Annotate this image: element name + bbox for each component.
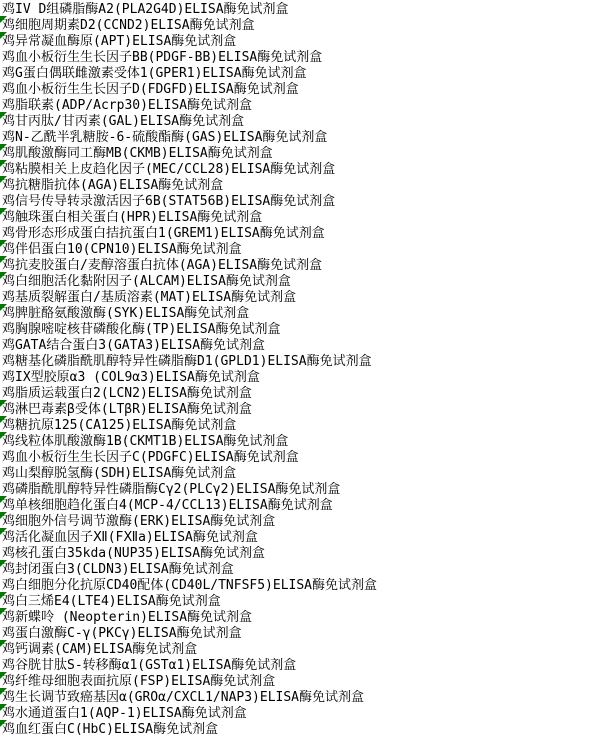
kit-name-text: 鸡抗麦胶蛋白/麦醇溶蛋白抗体(AGA)ELISA酶免试剂盒 bbox=[0, 258, 322, 272]
kit-name-text: 鸡胸腺嘧啶核苷磷酸化酶(TP)ELISA酶免试剂盒 bbox=[0, 322, 280, 336]
kit-name-text: 鸡伴侣蛋白10(CPN10)ELISA酶免试剂盒 bbox=[0, 242, 242, 256]
list-item[interactable]: 鸡脂质运载蛋白2(LCN2)ELISA酶免试剂盒 bbox=[0, 384, 592, 400]
kit-name-text: 鸡肌酸激酶同工酶MB(CKMB)ELISA酶免试剂盒 bbox=[0, 146, 273, 160]
kit-name-text: 鸡IX型胶原α3 (COL9α3)ELISA酶免试剂盒 bbox=[0, 370, 260, 384]
list-item[interactable]: 鸡胸腺嘧啶核苷磷酸化酶(TP)ELISA酶免试剂盒 bbox=[0, 320, 592, 336]
list-item[interactable]: 鸡触珠蛋白相关蛋白(HPR)ELISA酶免试剂盒 bbox=[0, 208, 592, 224]
kit-name-text: 鸡血小板衍生生长因子C(PDGFC)ELISA酶免试剂盒 bbox=[0, 450, 299, 464]
kit-name-text: 鸡细胞周期素D2(CCND2)ELISA酶免试剂盒 bbox=[0, 18, 255, 32]
list-item[interactable]: 鸡单核细胞趋化蛋白4(MCP-4/CCL13)ELISA酶免试剂盒 bbox=[0, 496, 592, 512]
kit-name-text: 鸡脾脏酪氨酸激酶(SYK)ELISA酶免试剂盒 bbox=[0, 306, 249, 320]
list-item[interactable]: 鸡山梨醇脱氢酶(SDH)ELISA酶免试剂盒 bbox=[0, 464, 592, 480]
kit-name-text: 鸡IV D组磷脂酶A2(PLA2G4D)ELISA酶免试剂盒 bbox=[0, 2, 289, 16]
list-item[interactable]: 鸡血小板衍生生长因子BB(PDGF-BB)ELISA酶免试剂盒 bbox=[0, 48, 592, 64]
list-item[interactable]: 鸡纤维母细胞表面抗原(FSP)ELISA酶免试剂盒 bbox=[0, 672, 592, 688]
list-item[interactable]: 鸡G蛋白偶联雌激素受体1(GPER1)ELISA酶免试剂盒 bbox=[0, 64, 592, 80]
kit-name-text: 鸡核孔蛋白35kda(NUP35)ELISA酶免试剂盒 bbox=[0, 546, 265, 560]
list-item[interactable]: 鸡磷脂酰肌醇特异性磷脂酶Cγ2(PLCγ2)ELISA酶免试剂盒 bbox=[0, 480, 592, 496]
list-item[interactable]: 鸡细胞周期素D2(CCND2)ELISA酶免试剂盒 bbox=[0, 16, 592, 32]
kit-name-text: 鸡细胞外信号调节激酶(ERK)ELISA酶免试剂盒 bbox=[0, 514, 275, 528]
list-item[interactable]: 鸡钙调素(CAM)ELISA酶免试剂盒 bbox=[0, 640, 592, 656]
list-item[interactable]: 鸡生长调节致癌基因α(GROα/CXCL1/NAP3)ELISA酶免试剂盒 bbox=[0, 688, 592, 704]
list-item[interactable]: 鸡白细胞分化抗原CD40配体(CD40L/TNFSF5)ELISA酶免试剂盒 bbox=[0, 576, 592, 592]
kit-name-text: 鸡生长调节致癌基因α(GROα/CXCL1/NAP3)ELISA酶免试剂盒 bbox=[0, 690, 364, 704]
kit-name-text: 鸡活化凝血因子Ⅻ(FⅫa)ELISA酶免试剂盒 bbox=[0, 530, 258, 544]
kit-name-text: 鸡新蝶呤 (Neopterin)ELISA酶免试剂盒 bbox=[0, 610, 252, 624]
kit-name-text: 鸡谷胱甘肽S-转移酶α1(GSTα1)ELISA酶免试剂盒 bbox=[0, 658, 296, 672]
kit-name-text: 鸡单核细胞趋化蛋白4(MCP-4/CCL13)ELISA酶免试剂盒 bbox=[0, 498, 333, 512]
list-item[interactable]: 鸡抗麦胶蛋白/麦醇溶蛋白抗体(AGA)ELISA酶免试剂盒 bbox=[0, 256, 592, 272]
kit-name-text: 鸡脂联素(ADP/Acrp30)ELISA酶免试剂盒 bbox=[0, 98, 252, 112]
kit-name-text: 鸡脂质运载蛋白2(LCN2)ELISA酶免试剂盒 bbox=[0, 386, 252, 400]
kit-name-text: 鸡糖基化磷脂酰肌醇特异性磷脂酶D1(GPLD1)ELISA酶免试剂盒 bbox=[0, 354, 372, 368]
list-item[interactable]: 鸡脂联素(ADP/Acrp30)ELISA酶免试剂盒 bbox=[0, 96, 592, 112]
list-item[interactable]: 鸡糖抗原125(CA125)ELISA酶免试剂盒 bbox=[0, 416, 592, 432]
list-item[interactable]: 鸡血红蛋白C(HbC)ELISA酶免试剂盒 bbox=[0, 720, 592, 736]
kit-name-text: 鸡淋巴毒素β受体(LTβR)ELISA酶免试剂盒 bbox=[0, 402, 252, 416]
list-item[interactable]: 鸡信号传导转录激活因子6B(STAT56B)ELISA酶免试剂盒 bbox=[0, 192, 592, 208]
list-item[interactable]: 鸡肌酸激酶同工酶MB(CKMB)ELISA酶免试剂盒 bbox=[0, 144, 592, 160]
list-item[interactable]: 鸡异常凝血酶原(APT)ELISA酶免试剂盒 bbox=[0, 32, 592, 48]
list-item[interactable]: 鸡GATA结合蛋白3(GATA3)ELISA酶免试剂盒 bbox=[0, 336, 592, 352]
list-item[interactable]: 鸡粘膜相关上皮趋化因子(MEC/CCL28)ELISA酶免试剂盒 bbox=[0, 160, 592, 176]
list-item[interactable]: 鸡淋巴毒素β受体(LTβR)ELISA酶免试剂盒 bbox=[0, 400, 592, 416]
kit-name-text: 鸡糖抗原125(CA125)ELISA酶免试剂盒 bbox=[0, 418, 236, 432]
list-item[interactable]: 鸡IV D组磷脂酶A2(PLA2G4D)ELISA酶免试剂盒 bbox=[0, 0, 592, 16]
kit-name-text: 鸡白三烯E4(LTE4)ELISA酶免试剂盒 bbox=[0, 594, 221, 608]
list-item[interactable]: 鸡线粒体肌酸激酶1B(CKMT1B)ELISA酶免试剂盒 bbox=[0, 432, 592, 448]
kit-name-text: 鸡异常凝血酶原(APT)ELISA酶免试剂盒 bbox=[0, 34, 236, 48]
list-item[interactable]: 鸡谷胱甘肽S-转移酶α1(GSTα1)ELISA酶免试剂盒 bbox=[0, 656, 592, 672]
kit-name-text: 鸡信号传导转录激活因子6B(STAT56B)ELISA酶免试剂盒 bbox=[0, 194, 335, 208]
list-item[interactable]: 鸡活化凝血因子Ⅻ(FⅫa)ELISA酶免试剂盒 bbox=[0, 528, 592, 544]
kit-name-text: 鸡白细胞分化抗原CD40配体(CD40L/TNFSF5)ELISA酶免试剂盒 bbox=[0, 578, 377, 592]
kit-name-text: 鸡白细胞活化黏附因子(ALCAM)ELISA酶免试剂盒 bbox=[0, 274, 291, 288]
list-item[interactable]: 鸡脾脏酪氨酸激酶(SYK)ELISA酶免试剂盒 bbox=[0, 304, 592, 320]
kit-name-text: 鸡GATA结合蛋白3(GATA3)ELISA酶免试剂盒 bbox=[0, 338, 265, 352]
list-item[interactable]: 鸡水通道蛋白1(AQP-1)ELISA酶免试剂盒 bbox=[0, 704, 592, 720]
kit-name-text: 鸡纤维母细胞表面抗原(FSP)ELISA酶免试剂盒 bbox=[0, 674, 275, 688]
list-item[interactable]: 鸡白细胞活化黏附因子(ALCAM)ELISA酶免试剂盒 bbox=[0, 272, 592, 288]
kit-name-text: 鸡N-乙酰半乳糖胺-6-硫酸酯酶(GAS)ELISA酶免试剂盒 bbox=[0, 130, 327, 144]
list-item[interactable]: 鸡血小板衍生生长因子D(FDGFD)ELISA酶免试剂盒 bbox=[0, 80, 592, 96]
list-item[interactable]: 鸡糖基化磷脂酰肌醇特异性磷脂酶D1(GPLD1)ELISA酶免试剂盒 bbox=[0, 352, 592, 368]
kit-name-text: 鸡蛋白激酶C-γ(PKCγ)ELISA酶免试剂盒 bbox=[0, 626, 242, 640]
list-item[interactable]: 鸡新蝶呤 (Neopterin)ELISA酶免试剂盒 bbox=[0, 608, 592, 624]
kit-name-text: 鸡线粒体肌酸激酶1B(CKMT1B)ELISA酶免试剂盒 bbox=[0, 434, 288, 448]
list-item[interactable]: 鸡细胞外信号调节激酶(ERK)ELISA酶免试剂盒 bbox=[0, 512, 592, 528]
list-item[interactable]: 鸡基质裂解蛋白/基质溶素(MAT)ELISA酶免试剂盒 bbox=[0, 288, 592, 304]
kit-name-text: 鸡封闭蛋白3(CLDN3)ELISA酶免试剂盒 bbox=[0, 562, 234, 576]
kit-name-text: 鸡山梨醇脱氢酶(SDH)ELISA酶免试剂盒 bbox=[0, 466, 236, 480]
kit-name-text: 鸡G蛋白偶联雌激素受体1(GPER1)ELISA酶免试剂盒 bbox=[0, 66, 307, 80]
kit-name-text: 鸡甘丙肽/甘丙素(GAL)ELISA酶免试剂盒 bbox=[0, 114, 244, 128]
list-item[interactable]: 鸡封闭蛋白3(CLDN3)ELISA酶免试剂盒 bbox=[0, 560, 592, 576]
kit-name-text: 鸡粘膜相关上皮趋化因子(MEC/CCL28)ELISA酶免试剂盒 bbox=[0, 162, 335, 176]
kit-name-text: 鸡抗糖脂抗体(AGA)ELISA酶免试剂盒 bbox=[0, 178, 223, 192]
list-item[interactable]: 鸡核孔蛋白35kda(NUP35)ELISA酶免试剂盒 bbox=[0, 544, 592, 560]
kit-name-text: 鸡水通道蛋白1(AQP-1)ELISA酶免试剂盒 bbox=[0, 706, 247, 720]
kit-name-text: 鸡血小板衍生生长因子D(FDGFD)ELISA酶免试剂盒 bbox=[0, 82, 299, 96]
list-item[interactable]: 鸡骨形态形成蛋白拮抗蛋白1(GREM1)ELISA酶免试剂盒 bbox=[0, 224, 592, 240]
list-item[interactable]: 鸡甘丙肽/甘丙素(GAL)ELISA酶免试剂盒 bbox=[0, 112, 592, 128]
elisa-kit-list: 鸡IV D组磷脂酶A2(PLA2G4D)ELISA酶免试剂盒鸡细胞周期素D2(C… bbox=[0, 0, 592, 738]
kit-name-text: 鸡触珠蛋白相关蛋白(HPR)ELISA酶免试剂盒 bbox=[0, 210, 262, 224]
list-item[interactable]: 鸡白三烯E4(LTE4)ELISA酶免试剂盒 bbox=[0, 592, 592, 608]
kit-name-text: 鸡基质裂解蛋白/基质溶素(MAT)ELISA酶免试剂盒 bbox=[0, 290, 296, 304]
list-item[interactable]: 鸡抗糖脂抗体(AGA)ELISA酶免试剂盒 bbox=[0, 176, 592, 192]
kit-name-text: 鸡磷脂酰肌醇特异性磷脂酶Cγ2(PLCγ2)ELISA酶免试剂盒 bbox=[0, 482, 340, 496]
kit-name-text: 鸡钙调素(CAM)ELISA酶免试剂盒 bbox=[0, 642, 197, 656]
kit-name-text: 鸡骨形态形成蛋白拮抗蛋白1(GREM1)ELISA酶免试剂盒 bbox=[0, 226, 325, 240]
list-item[interactable]: 鸡IX型胶原α3 (COL9α3)ELISA酶免试剂盒 bbox=[0, 368, 592, 384]
list-item[interactable]: 鸡蛋白激酶C-γ(PKCγ)ELISA酶免试剂盒 bbox=[0, 624, 592, 640]
list-item[interactable]: 鸡N-乙酰半乳糖胺-6-硫酸酯酶(GAS)ELISA酶免试剂盒 bbox=[0, 128, 592, 144]
kit-name-text: 鸡血小板衍生生长因子BB(PDGF-BB)ELISA酶免试剂盒 bbox=[0, 50, 322, 64]
list-item[interactable]: 鸡伴侣蛋白10(CPN10)ELISA酶免试剂盒 bbox=[0, 240, 592, 256]
kit-name-text: 鸡血红蛋白C(HbC)ELISA酶免试剂盒 bbox=[0, 722, 218, 736]
list-item[interactable]: 鸡血小板衍生生长因子C(PDGFC)ELISA酶免试剂盒 bbox=[0, 448, 592, 464]
